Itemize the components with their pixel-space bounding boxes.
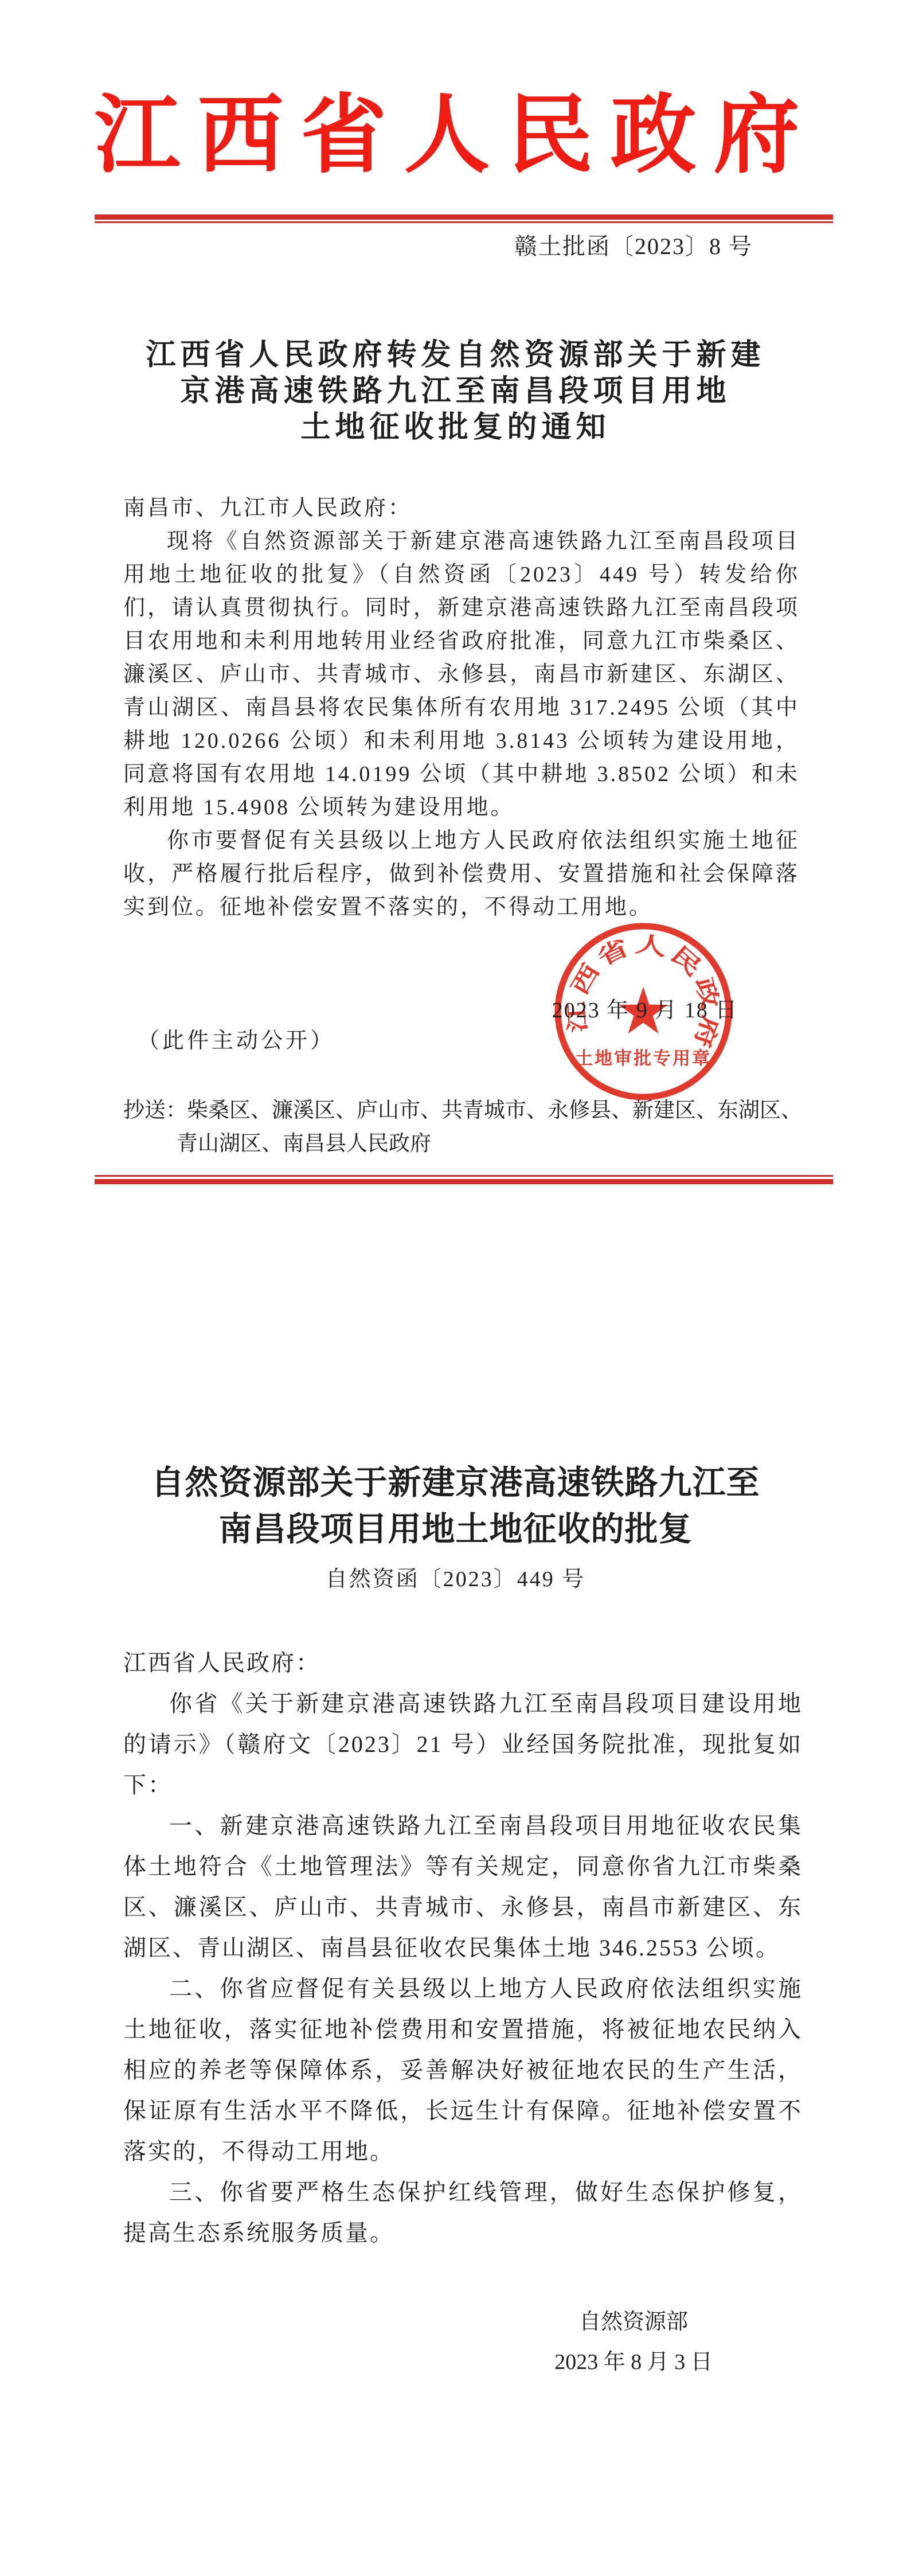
doc2-paragraph: 三、你省要严格生态保护红线管理，做好生态保护修复，提高生态系统服务质量。 xyxy=(123,2172,803,2253)
red-separator-top xyxy=(95,214,833,223)
doc1-title: 江西省人民政府转发自然资源部关于新建 京港高速铁路九江至南昌段项目用地 土地征收… xyxy=(0,337,911,446)
cc-block: 抄送：柴桑区、濂溪区、庐山市、共青城市、永修县、新建区、东湖区、 青山湖区、南昌… xyxy=(123,1094,834,1161)
doc2-number: 自然资函〔2023〕449 号 xyxy=(0,1565,911,1594)
doc1-date: 2023 年 9 月 18 日 xyxy=(519,997,771,1024)
scanned-document-page: 江西省人民政府 赣土批函〔2023〕8 号 江西省人民政府转发自然资源部关于新建… xyxy=(0,0,911,2576)
cc-label: 抄送： xyxy=(123,1099,187,1122)
doc1-title-line: 京港高速铁路九江至南昌段项目用地 xyxy=(0,373,911,409)
doc2-title-line: 自然资源部关于新建京港高速铁路九江至 xyxy=(0,1459,911,1506)
red-separator-bottom xyxy=(95,1175,833,1184)
red-rule-thin xyxy=(95,221,833,223)
doc2-paragraph: 一、新建京港高速铁路九江至南昌段项目用地征收农民集体土地符合《土地管理法》等有关… xyxy=(123,1805,803,1968)
doc1-title-line: 土地征收批复的通知 xyxy=(0,409,911,446)
doc1-number: 赣土批函〔2023〕8 号 xyxy=(493,232,774,261)
public-disclosure-note: （此件主动公开） xyxy=(138,1028,335,1054)
doc2-paragraph: 二、你省应督促有关县级以上地方人民政府依法组织实施土地征收，落实征地补偿费用和安… xyxy=(123,1968,803,2172)
doc1-paragraph: 你市要督促有关县级以上地方人民政府依法组织实施土地征收，严格履行批后程序，做到补… xyxy=(123,824,800,924)
doc2-salutation: 江西省人民政府： xyxy=(123,1642,803,1683)
agency-letterhead: 江西省人民政府 xyxy=(0,93,911,179)
doc2-date: 2023 年 8 月 3 日 xyxy=(539,2342,728,2382)
doc2-title-line: 南昌段项目用地土地征收的批复 xyxy=(0,1506,911,1552)
doc1-body: 南昌市、九江市人民政府： 现将《自然资源部关于新建京港高速铁路九江至南昌段项目用… xyxy=(123,491,800,924)
doc1-paragraph: 现将《自然资源部关于新建京港高速铁路九江至南昌段项目用地土地征收的批复》（自然资… xyxy=(123,525,800,824)
doc2-body: 江西省人民政府： 你省《关于新建京港高速铁路九江至南昌段项目建设用地的请示》（赣… xyxy=(123,1642,803,2253)
doc1-salutation: 南昌市、九江市人民政府： xyxy=(123,491,800,525)
doc2-signer: 自然资源部 xyxy=(539,2302,728,2342)
red-rule-thick xyxy=(95,1179,833,1184)
cc-line: 青山湖区、南昌县人民政府 xyxy=(123,1127,834,1161)
red-rule-thin xyxy=(95,1175,833,1177)
doc2-signoff: 自然资源部 2023 年 8 月 3 日 xyxy=(539,2302,728,2382)
doc2-paragraph: 你省《关于新建京港高速铁路九江至南昌段项目建设用地的请示》（赣府文〔2023〕2… xyxy=(123,1683,803,1805)
doc1-title-line: 江西省人民政府转发自然资源部关于新建 xyxy=(0,337,911,373)
doc2-title: 自然资源部关于新建京港高速铁路九江至 南昌段项目用地土地征收的批复 xyxy=(0,1459,911,1552)
red-rule-thick xyxy=(95,214,833,220)
seal-bottom-text: 土地审批专用章 xyxy=(575,1048,711,1068)
